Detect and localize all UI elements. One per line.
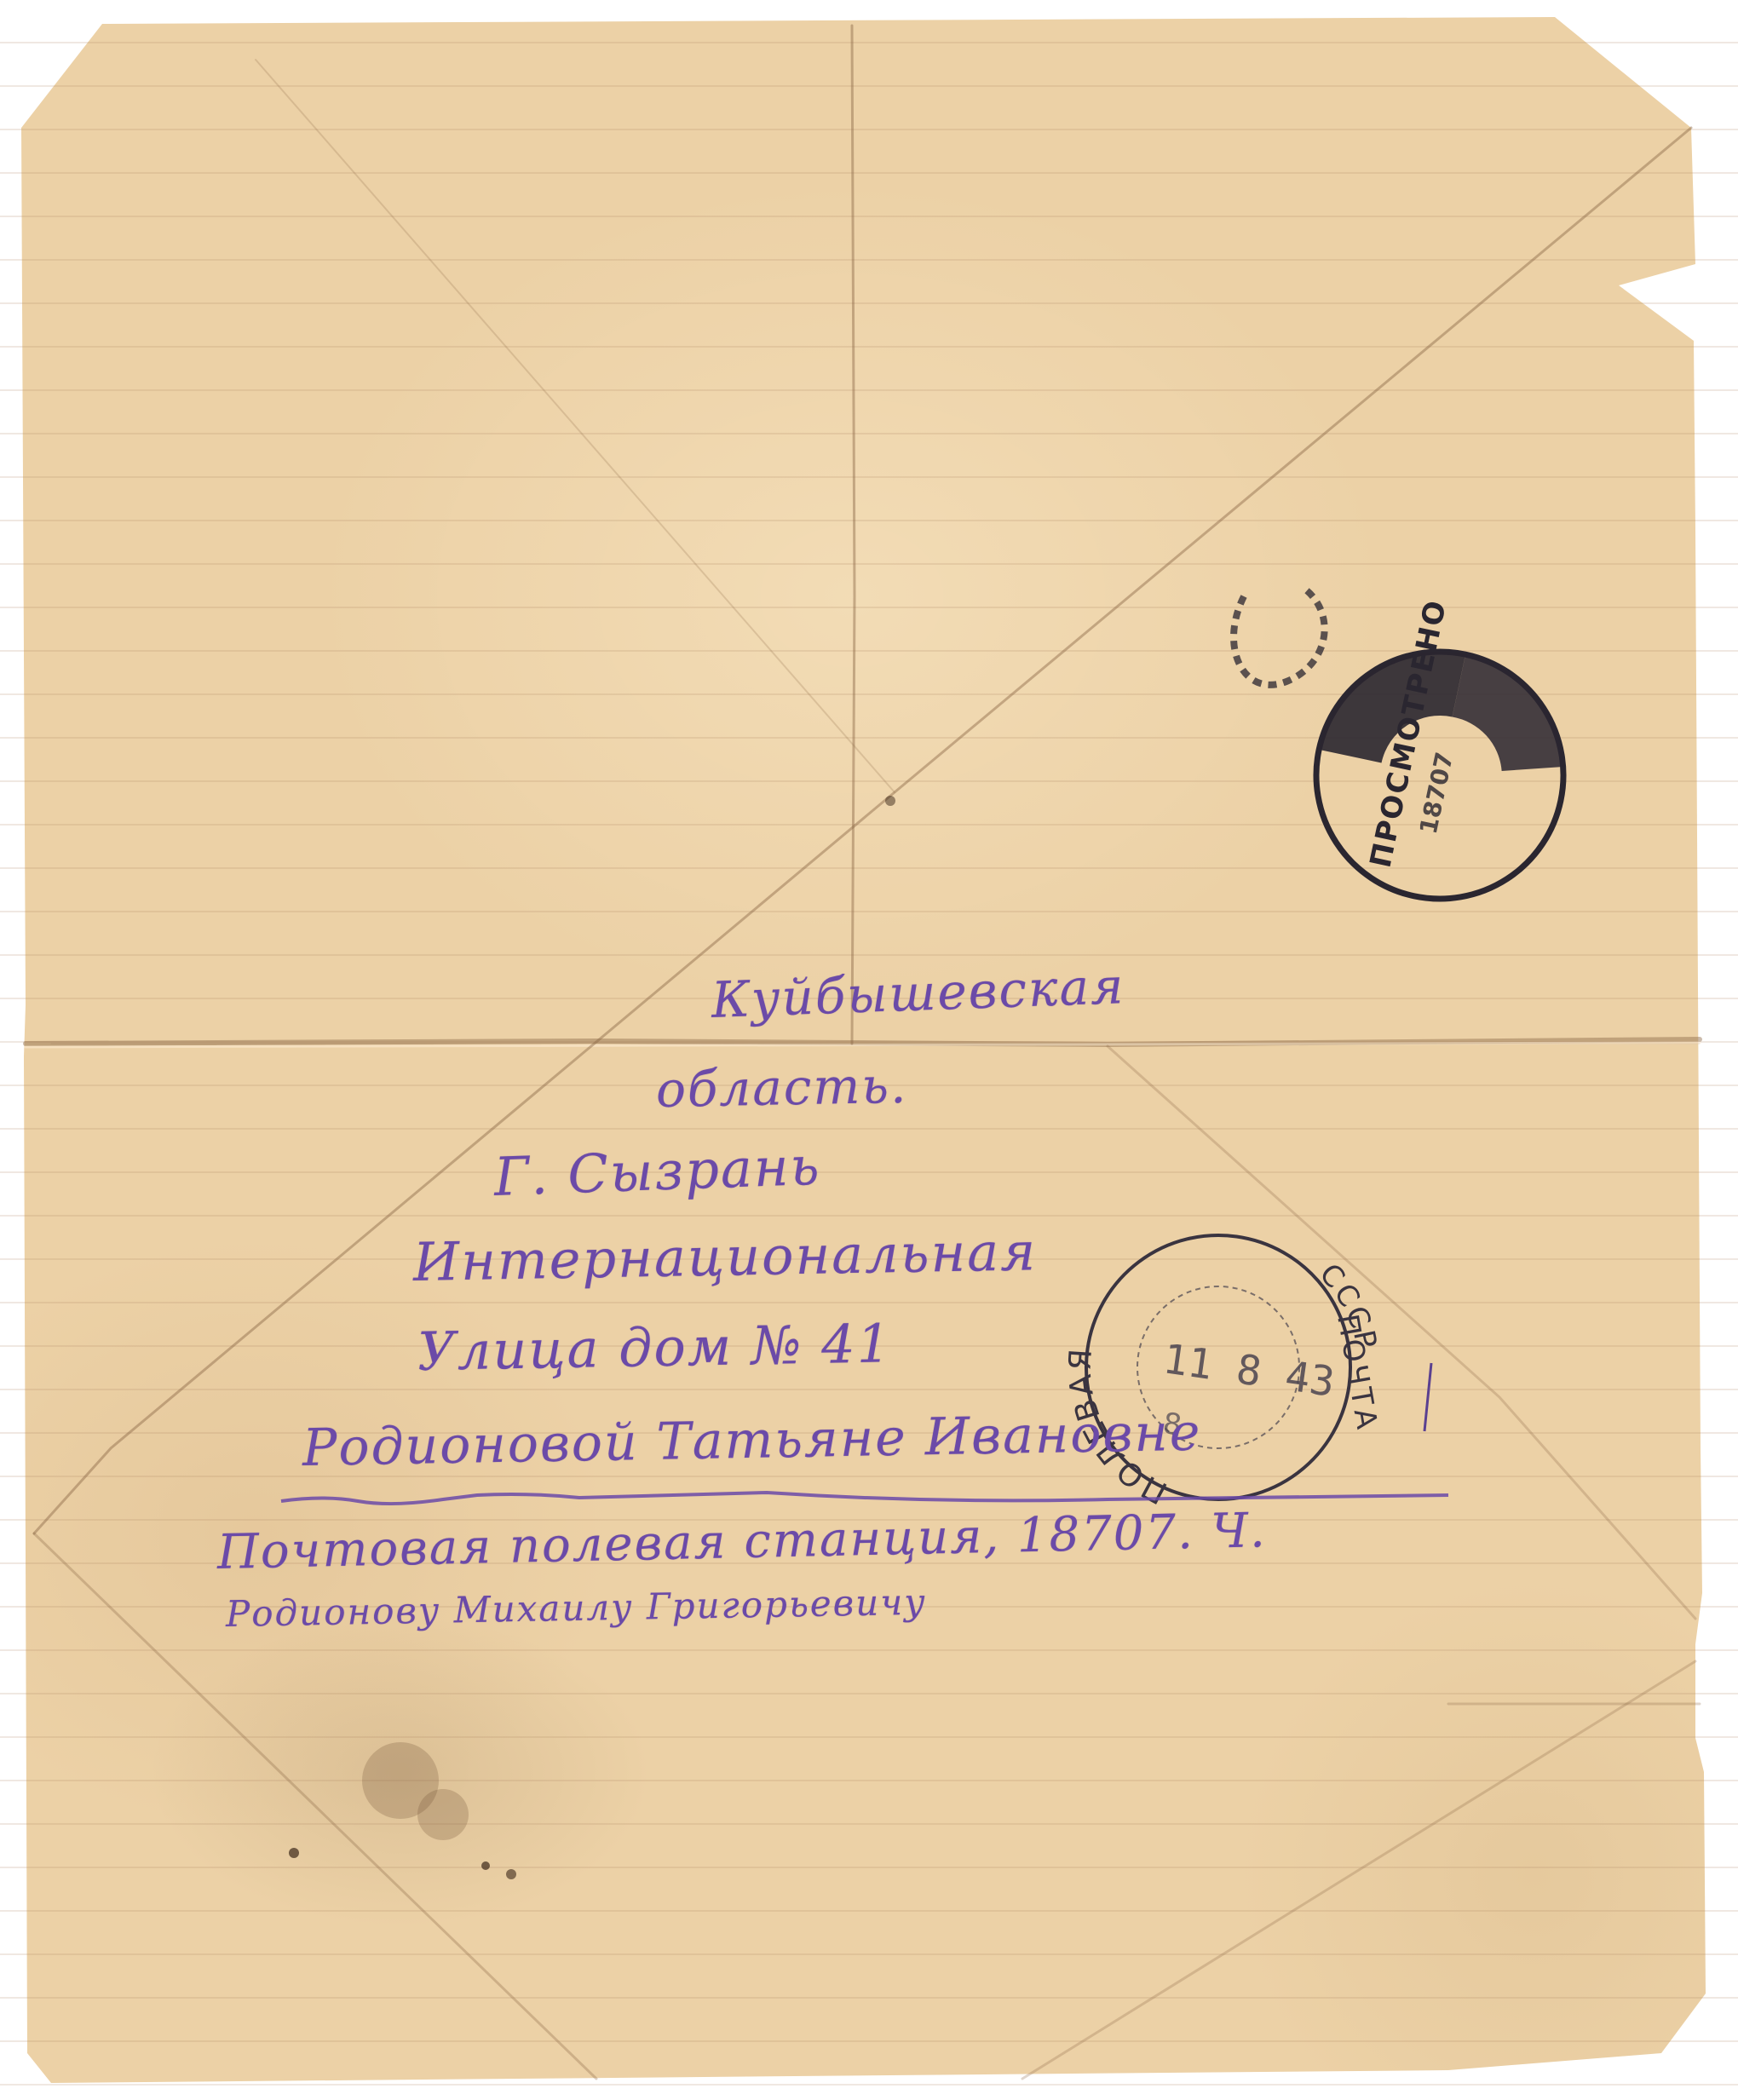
underline-divider [0,0,1738,2100]
